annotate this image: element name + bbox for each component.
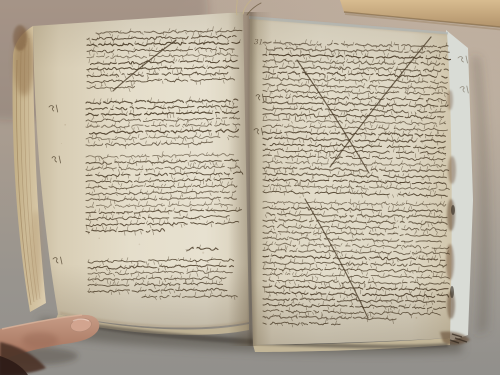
edge-stain-lower — [30, 210, 42, 300]
foxing-speck — [153, 277, 154, 278]
foxing-speck — [315, 234, 317, 236]
foxing-speck — [202, 252, 204, 254]
foxing-speck — [99, 238, 100, 239]
foxing-speck — [61, 143, 62, 144]
foxing-speck — [337, 79, 338, 80]
manuscript-photograph: 31 — [0, 0, 500, 375]
foxing-speck — [421, 179, 422, 180]
foxing-speck — [154, 138, 155, 139]
foxing-speck — [287, 304, 288, 305]
foxing-speck — [141, 171, 143, 173]
foxing-speck — [349, 141, 350, 142]
foxing-speck — [89, 85, 91, 87]
foxing-speck — [299, 196, 301, 198]
photo-canvas: 31 — [0, 0, 500, 375]
foxing-speck — [416, 317, 418, 319]
foxing-speck — [333, 152, 334, 153]
foxing-speck — [139, 243, 141, 245]
foxing-speck — [199, 143, 201, 145]
folio-number: 31 — [254, 38, 263, 46]
thumb-shading — [22, 332, 58, 348]
foxing-speck — [323, 99, 325, 101]
foxing-speck — [64, 124, 66, 126]
foxing-speck — [389, 314, 391, 316]
edge-stain-corner — [13, 25, 27, 51]
